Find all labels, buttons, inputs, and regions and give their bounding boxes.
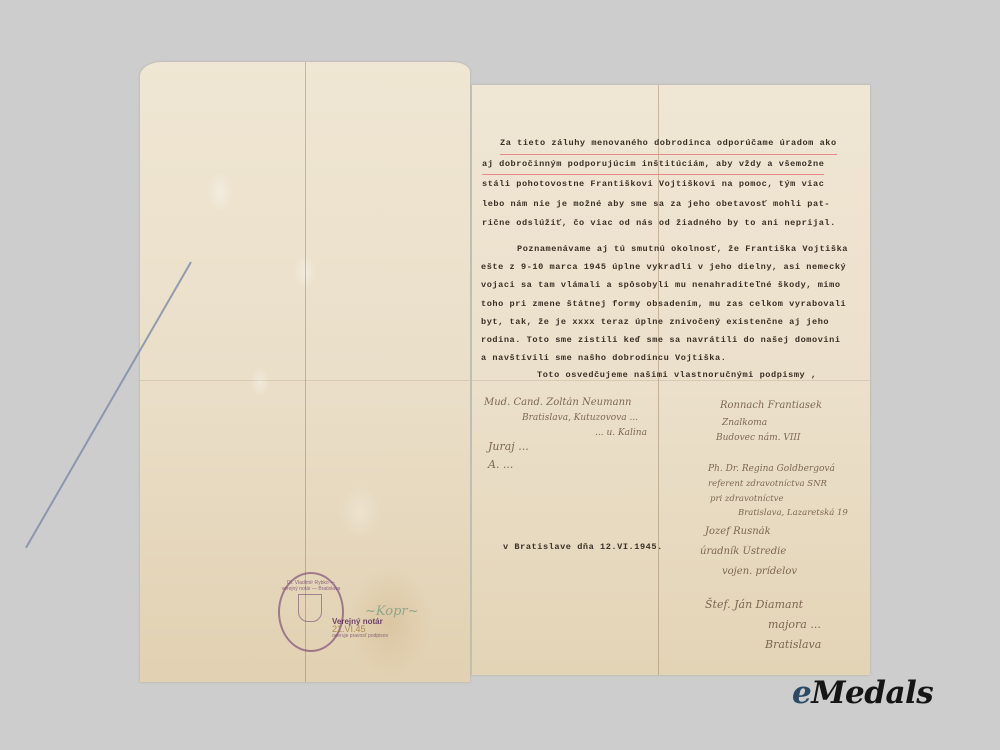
signature: Ph. Dr. Regina Goldbergová	[708, 464, 835, 474]
logo-e: e	[792, 675, 811, 711]
text-line: aj dobročinným podporujúcim inštitúciám,…	[482, 155, 824, 176]
signature-detail: majora ...	[768, 618, 821, 631]
paragraph-2: Poznamenávame aj tú smutnú okolnosť, že …	[481, 240, 848, 367]
text-line: byt, tak, že je xxxx teraz úplne znivoče…	[481, 313, 848, 331]
signature-detail: referent zdravotníctva SNR	[708, 479, 827, 489]
place-date: v Bratislave dňa 12.VI.1945.	[503, 538, 663, 557]
signature-detail: Budovec nám. VIII	[716, 433, 801, 443]
signature: Štef. Ján Diamant	[705, 598, 803, 611]
signature-detail: Znalkoma	[722, 418, 767, 428]
signature-detail: Bratislava	[765, 638, 821, 651]
signature-detail: Bratislava, Lazaretská 19	[738, 508, 848, 518]
signature-detail: ... u. Kalina	[595, 428, 647, 438]
stamp-text: Dr. Vladimír Rybko — verejný notár — Bra…	[280, 580, 342, 592]
logo-medals: Medals	[811, 675, 933, 711]
signature-detail: Bratislava, Kutuzovova ...	[522, 413, 638, 423]
text-line: Za tieto záluhy menovaného dobrodinca od…	[500, 134, 837, 155]
paragraph-1: Za tieto záluhy menovaného dobrodinca od…	[500, 134, 837, 234]
text-line: lebo nám nie je možné aby sme sa za jeho…	[482, 195, 830, 215]
signature-detail: vojen. prídelov	[722, 566, 797, 577]
text-line: rodina. Toto sme zistili keď sme sa navr…	[481, 331, 848, 349]
stamp-body: overuje pravosť podpisov	[332, 633, 450, 641]
text-line: stáli pohotovostne Františkovi Vojtiškov…	[482, 175, 824, 195]
text-line: a navštívili sme našho dobrodincu Vojtiš…	[481, 349, 848, 367]
signature-detail: pri zdravotníctve	[710, 494, 784, 504]
text-line: rične odslúžiť, čo viac od nás od žiadné…	[482, 214, 836, 234]
signature-detail: úradník Ústredie	[700, 546, 786, 557]
text-line: vojaci sa tam vlámali a spôsobyli mu nen…	[481, 276, 848, 294]
signature: A. ...	[488, 458, 513, 471]
text-line: Poznamenávame aj tú smutnú okolnosť, že …	[517, 240, 848, 258]
text-line: toho pri zmene štátnej formy obsadením, …	[481, 295, 848, 313]
signature: Juraj ...	[488, 440, 529, 453]
closing-line: Toto osvedčujeme našimi vlastnoručnými p…	[537, 366, 817, 385]
document-photo: Za tieto záluhy menovaného dobrodinca od…	[0, 0, 1000, 750]
horizontal-fold	[140, 380, 470, 381]
rectangular-notary-stamp: Verejný notár 21.VI.45 overuje pravosť p…	[332, 618, 450, 674]
coat-of-arms-icon	[298, 594, 322, 622]
text-line: ešte z 9-10 marca 1945 úplne vykradli v …	[481, 258, 848, 276]
stamp-date: 21.VI.45	[332, 626, 450, 634]
signature: Jozef Rusnák	[705, 526, 771, 537]
signature: Mud. Cand. Zoltán Neumann	[484, 397, 631, 408]
signature: Ronnach Frantiasek	[720, 400, 822, 411]
emedals-logo: eMedals	[792, 675, 933, 711]
